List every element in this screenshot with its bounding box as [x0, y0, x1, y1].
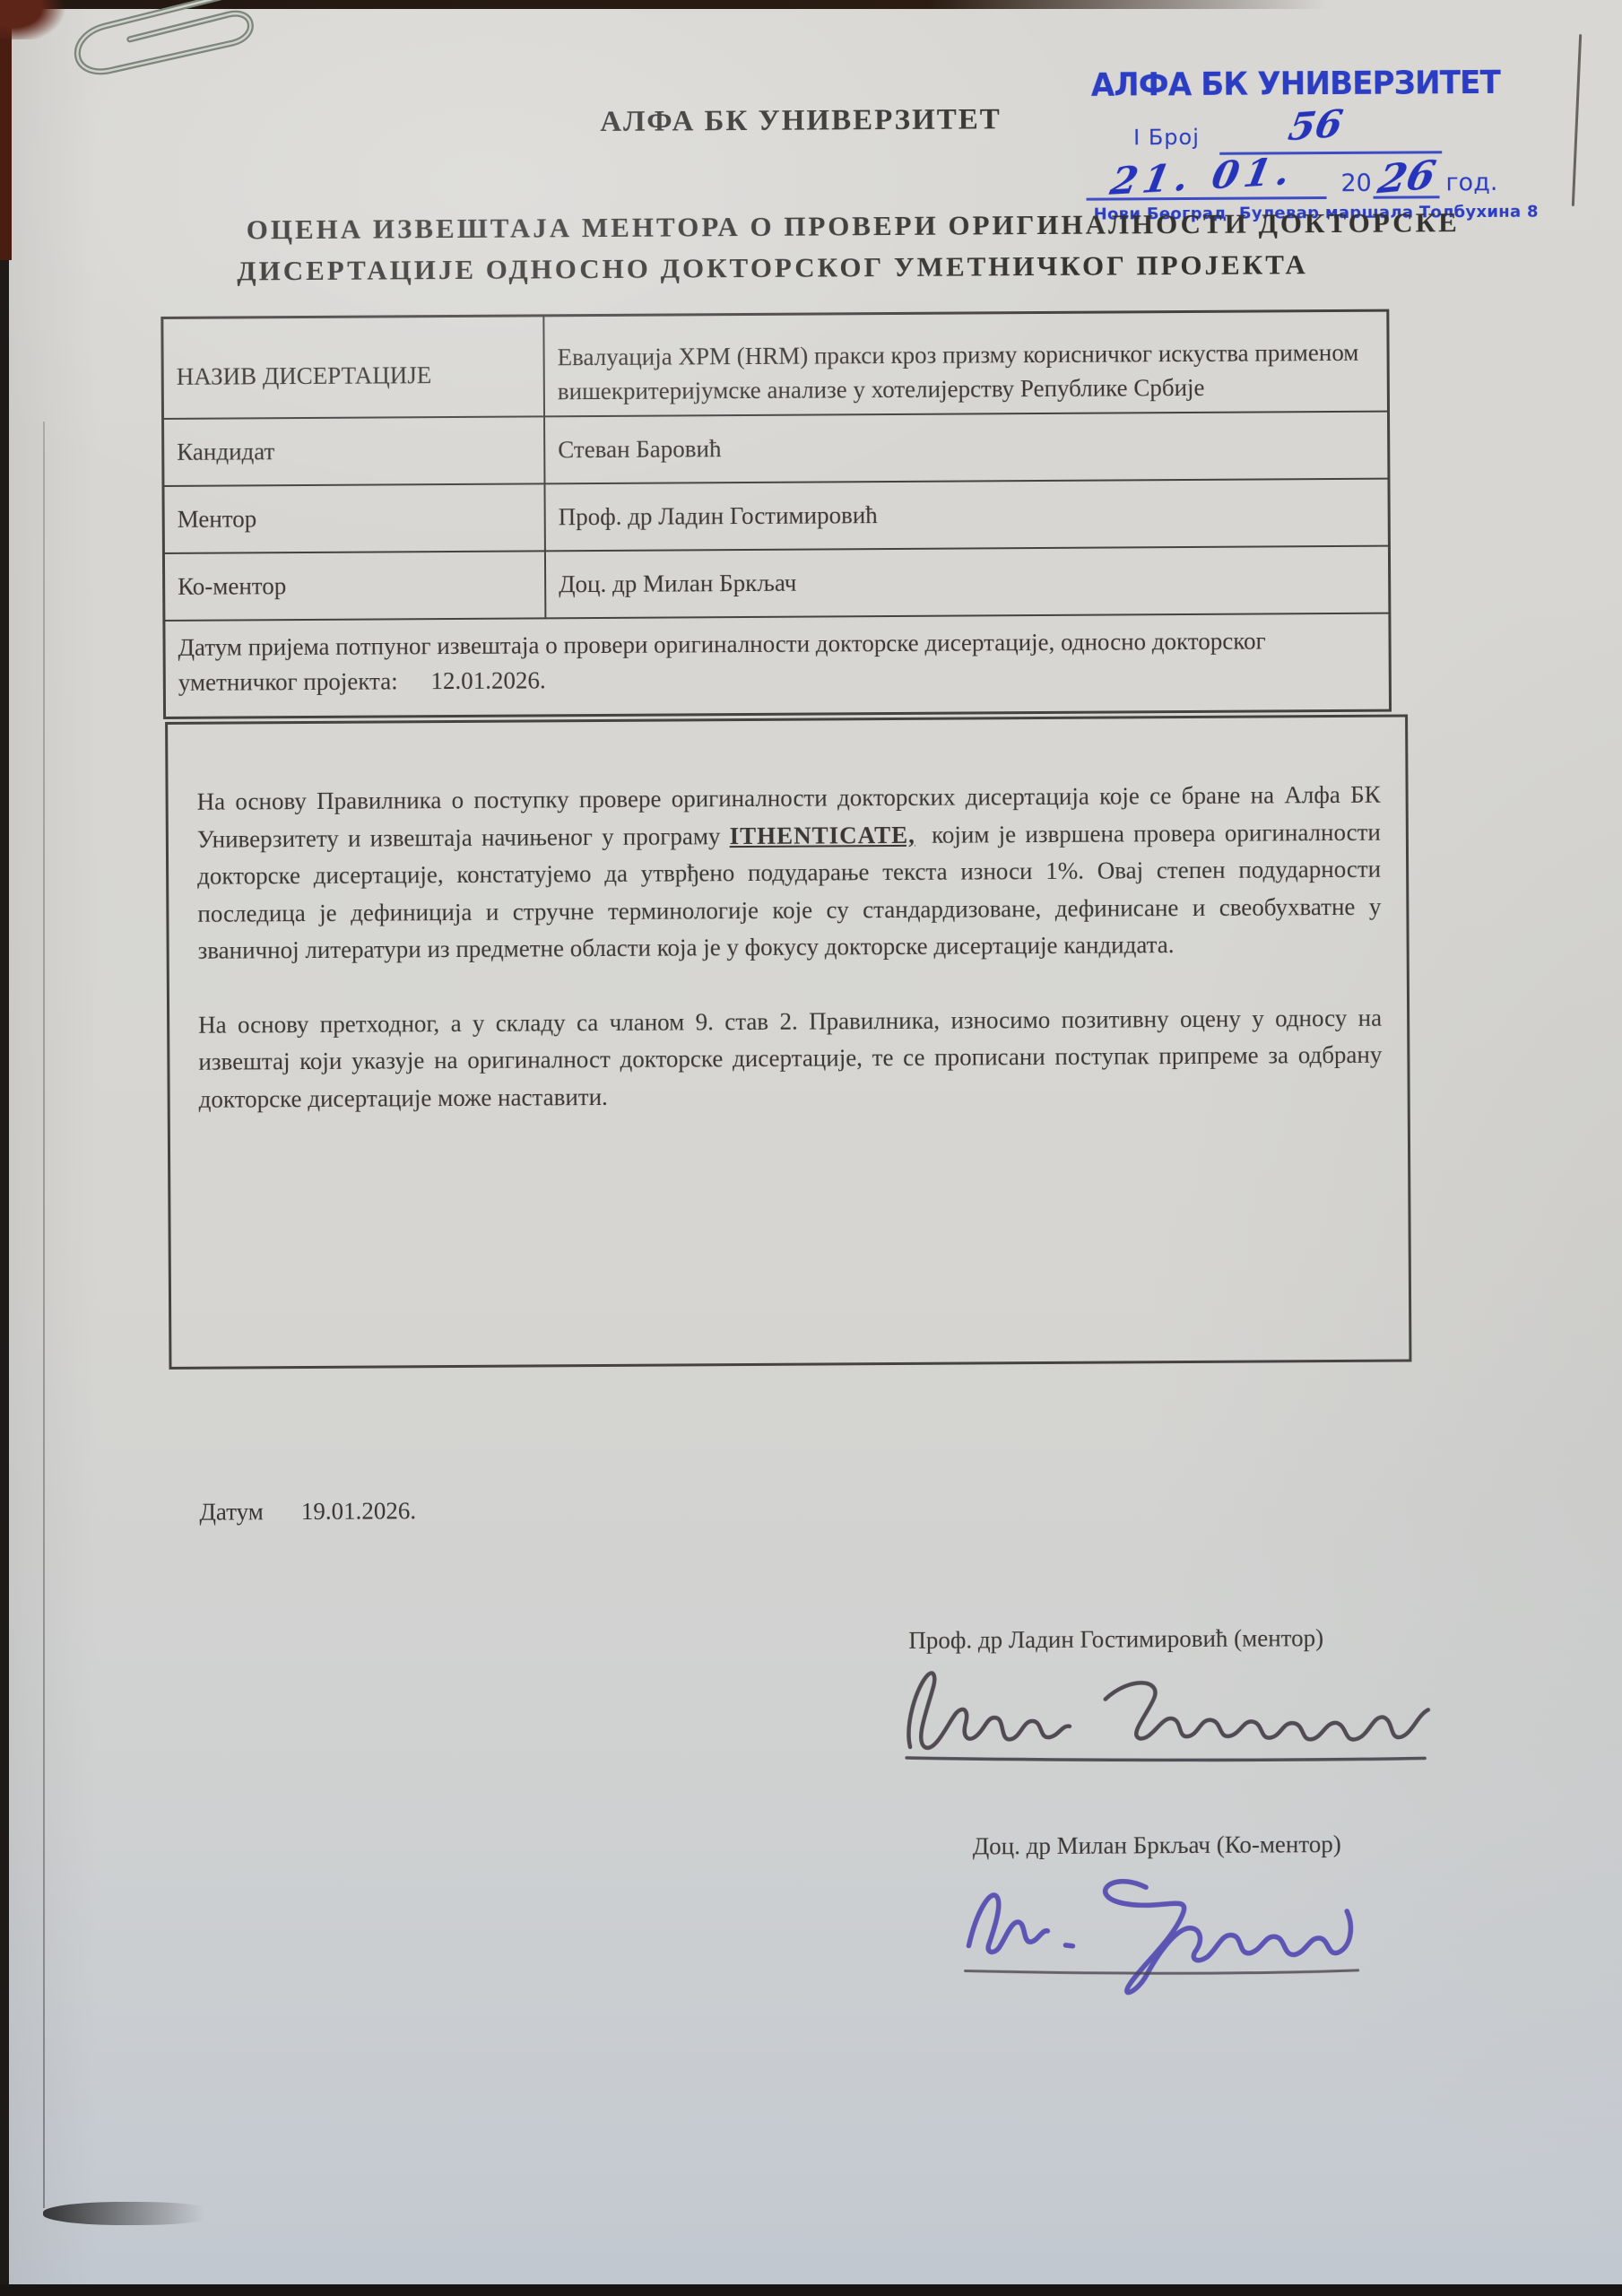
ink-smudge	[43, 2202, 218, 2225]
stamp-year-prefix: 20	[1340, 170, 1372, 197]
dissertation-table: НАЗИВ ДИСЕРТАЦИЈЕ Евалуација ХРМ (HRM) п…	[160, 309, 1392, 719]
document-content: АЛФА БК УНИВЕРЗИТЕТ I Број 56 21. 01. 20…	[0, 0, 1622, 2296]
assessment-paragraph-1: На основу Правилника о поступку провере …	[197, 777, 1382, 970]
row-value-candidate: Стеван Баровић	[545, 413, 1387, 485]
row-value-comentor: Доц. др Милан Бркљач	[546, 547, 1388, 620]
row-value-dissertation-title: Евалуација ХРМ (HRM) пракси кроз призму …	[544, 312, 1387, 418]
university-header: АЛФА БК УНИВЕРЗИТЕТ	[496, 103, 1106, 140]
comentor-signature-stroke	[968, 1880, 1351, 1993]
assessment-box: На основу Правилника о поступку провере …	[165, 714, 1411, 1369]
stamp-year-value: 26	[1375, 152, 1439, 204]
stamp-date-value: 21. 01.	[1107, 149, 1299, 204]
notice-text: Датум пријема потпуног извештаја о прове…	[178, 627, 1265, 695]
page-crease-line	[43, 422, 45, 2208]
desk-edge-left	[0, 0, 9, 2296]
footer-date: Датум19.01.2026.	[199, 1497, 416, 1526]
row-label-dissertation-title: НАЗИВ ДИСЕРТАЦИЈЕ	[163, 317, 545, 420]
stamp-number-value: 56	[1285, 101, 1346, 149]
mentor-caption: Проф. др Ладин Гостимировић (ментор)	[908, 1624, 1323, 1655]
table-notice-row: Датум пријема потпуног извештаја о прове…	[165, 614, 1389, 717]
mentor-signature	[897, 1657, 1444, 1779]
stamp-university-name: АЛФА БК УНИВЕРЗИТЕТ	[1091, 65, 1500, 104]
assessment-paragraph-2: На основу претходног, а у складу са члан…	[198, 999, 1383, 1118]
mentor-signature-stroke	[908, 1670, 1428, 1748]
stamp-number-label: I Број	[1133, 125, 1200, 150]
desk-edge-bottom	[0, 2284, 1622, 2296]
ithenticate-emphasis: ITHENTICATE,	[730, 821, 923, 848]
comentor-signature-line	[966, 1969, 1358, 1975]
row-value-mentor: Проф. др Ладин Гостимировић	[545, 480, 1387, 552]
row-label-comentor: Ко-ментор	[165, 552, 546, 622]
row-label-candidate: Кандидат	[164, 417, 545, 487]
comentor-signature	[952, 1856, 1383, 2002]
notice-date: 12.01.2026.	[430, 666, 545, 694]
footer-date-value: 19.01.2026.	[301, 1497, 416, 1525]
stamp-year-suffix: год.	[1445, 169, 1497, 196]
document-title-line2: ДИСЕРТАЦИЈЕ ОДНОСНО ДОКТОРСКОГ УМЕТНИЧКО…	[210, 248, 1335, 288]
scanned-document-photo: АЛФА БК УНИВЕРЗИТЕТ I Број 56 21. 01. 20…	[0, 0, 1622, 2296]
mentor-signature-line	[906, 1754, 1425, 1761]
row-label-mentor: Ментор	[164, 484, 545, 554]
footer-date-label: Датум	[199, 1498, 264, 1525]
